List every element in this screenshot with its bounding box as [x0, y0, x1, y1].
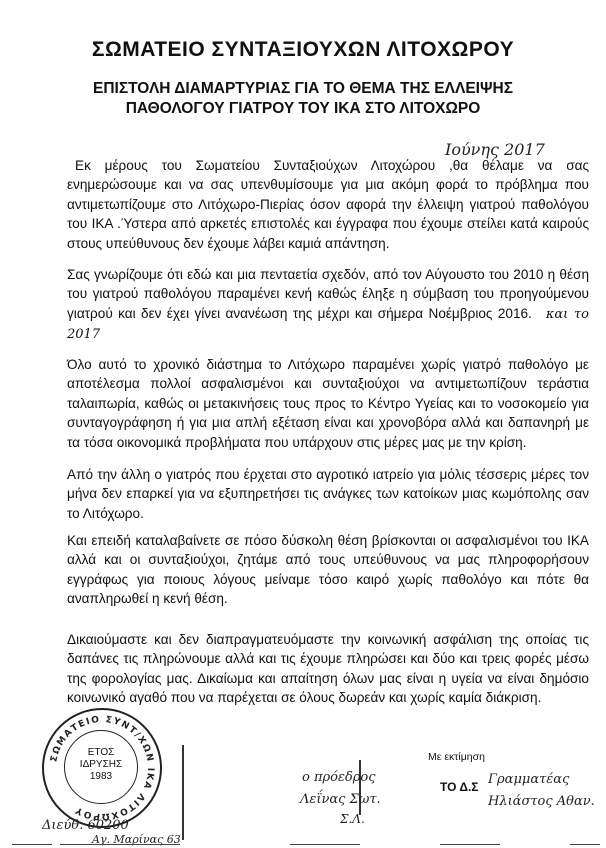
president-title: ο πρόεδρος — [302, 770, 376, 785]
signature-stroke — [182, 745, 184, 840]
paragraph-1: Εκ μέρους του Σωματείου Συνταξιούχων Λιτ… — [67, 156, 589, 253]
subject-line-1: ΕΠΙΣΤΟΛΗ ΔΙΑΜΑΡΤΥΡΙΑΣ ΓΙΑ ΤΟ ΘΕΜΑ ΤΗΣ ΕΛ… — [0, 80, 606, 98]
org-title: ΣΩΜΑΤΕΙΟ ΣΥΝΤΑΞΙΟΥΧΩΝ ΛΙΤΟΧΩΡΟΥ — [0, 38, 606, 62]
footer-rule — [12, 844, 52, 845]
stamp-line-2: ΙΔΡΥΣΗΣ — [65, 759, 137, 771]
paragraph-2-wrap: Σας γνωρίζουμε ότι εδώ και μια πενταετία… — [67, 265, 589, 345]
president-signature: Σ.Λ. — [340, 812, 365, 826]
board-label: ΤΟ Δ.Σ — [440, 780, 479, 794]
paragraph-3: Όλο αυτό το χρονικό διάστημα το Λιτόχωρο… — [67, 355, 589, 452]
stamp-year: 1983 — [65, 771, 137, 783]
president-name: Λεΐνας Σωτ. — [300, 792, 381, 807]
footer-rule — [60, 844, 180, 845]
paragraph-2: Σας γνωρίζουμε ότι εδώ και μια πενταετία… — [67, 267, 589, 321]
stamp-line-1: ΕΤΟΣ — [65, 747, 137, 759]
footer-rule — [570, 844, 600, 845]
paragraph-4: Από την άλλη ο γιατρός που έρχεται στο α… — [67, 465, 589, 523]
footer-rule — [440, 844, 500, 845]
paragraph-5: Και επειδή καταλαβαίνετε σε πόσο δύσκολη… — [67, 531, 589, 609]
secretary-name: Ηλιάστος Αθαν. — [488, 794, 595, 809]
subject-line-2: ΠΑΘΟΛΟΓΟΥ ΓΙΑΤΡΟΥ ΤΟΥ ΙΚΑ ΣΤΟ ΛΙΤΟΧΩΡΟ — [0, 100, 606, 118]
paragraph-6: Δικαιούμαστε και δεν διαπραγματευόμαστε … — [67, 630, 589, 708]
address-line-1: Διεύθ. 60200 — [42, 818, 129, 833]
organization-stamp: ΣΩΜΑΤΕΙΟ ΣΥΝΤ/ΧΩΝ ΙΚΑ ΛΙΤΟΧΩΡΟΥ ΕΤΟΣ ΙΔΡ… — [42, 708, 162, 828]
secretary-title: Γραμματέας — [488, 772, 569, 787]
footer-rule — [290, 844, 360, 845]
regards-text: Με εκτίμηση — [428, 751, 485, 763]
stamp-center: ΕΤΟΣ ΙΔΡΥΣΗΣ 1983 — [64, 730, 138, 804]
